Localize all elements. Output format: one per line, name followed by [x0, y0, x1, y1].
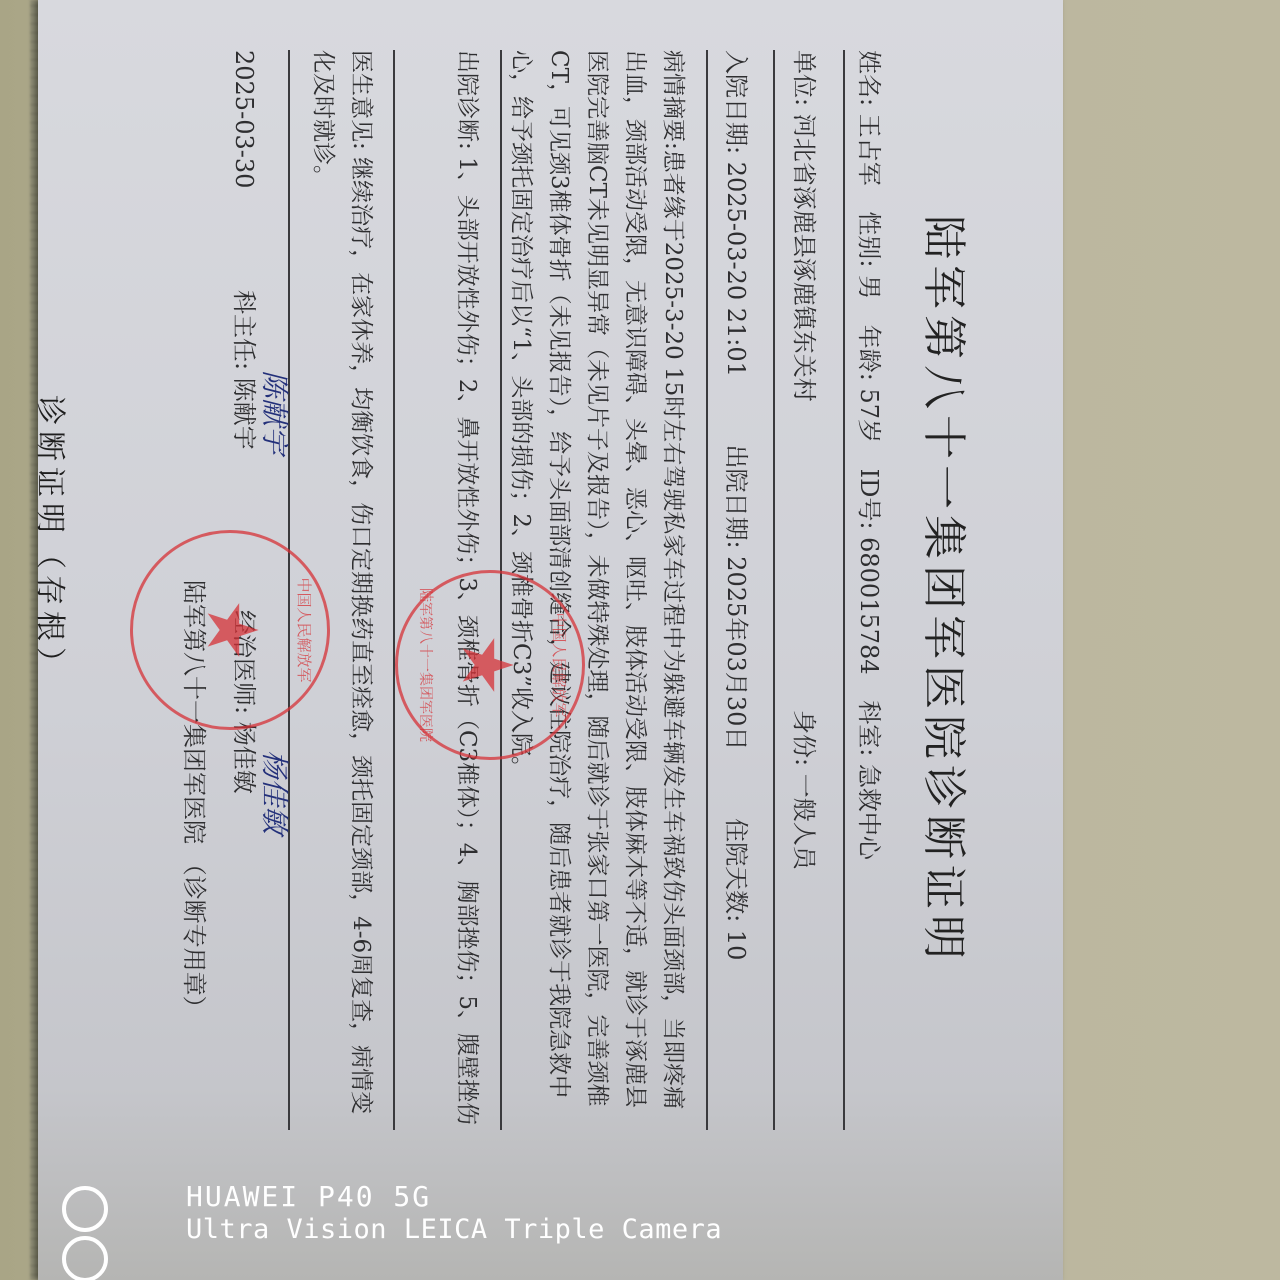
stamp-ring-text: 中国人民解放军: [549, 573, 570, 757]
unit-label: 单位:: [790, 50, 818, 106]
age-field: 年龄: 57岁: [853, 325, 885, 443]
gender-field: 性别: 男: [853, 211, 885, 299]
physician-name: 杨佳敏: [230, 722, 258, 794]
advice-text: 继续治疗，在家休养，均衡饮食，伤口定期换药直至痊愈，颈托固定颈部，4-6周复查，…: [310, 50, 374, 1114]
name-field: 姓名: 王占军: [853, 50, 885, 186]
discharge-field: 出院日期: 2025年03月30日: [720, 445, 752, 751]
stay-value: 10: [722, 930, 750, 961]
admission-field: 入院日期: 2025-03-20 21:01: [720, 50, 752, 377]
divider: [706, 50, 708, 1130]
patient-info-row: 姓名: 王占军 性别: 男 年龄: 57岁 ID号: 680015784 科室:…: [853, 50, 885, 878]
identity-value: 一般人员: [790, 774, 818, 870]
certificate-date: 2025-03-30: [228, 50, 260, 188]
director-field: 科主任: 陈献宇: [228, 290, 260, 450]
admission-label: 入院日期:: [722, 50, 750, 154]
stub-label: 诊断证明（存根）: [31, 395, 75, 683]
watermark-camera: Ultra Vision LEICA Triple Camera: [186, 1214, 722, 1245]
director-name: 陈献宇: [230, 378, 258, 450]
director-label: 科主任:: [230, 290, 258, 370]
id-value: 680015784: [855, 537, 883, 674]
stamp-star-icon: ★: [452, 573, 522, 757]
summary-label: 病情摘要:: [660, 50, 686, 150]
id-field: ID号: 680015784: [853, 469, 885, 675]
summary-text: 患者缘于2025-3-20 15时左右驾驶私家车过程中为躲避车辆发生车祸致伤头面…: [508, 50, 686, 1109]
name-value: 王占军: [855, 114, 883, 186]
physician-signature: 杨佳敏: [258, 750, 290, 834]
unit-field: 单位: 河北省涿鹿县涿鹿镇东关村: [788, 50, 820, 402]
stamp-ring-text: 中国人民解放军: [294, 533, 315, 727]
unit-row: 单位: 河北省涿鹿县涿鹿镇东关村: [788, 50, 820, 420]
camera-lens-icon: [62, 1186, 112, 1280]
advice-label: 医生意见:: [348, 50, 374, 150]
admission-value: 2025-03-20 21:01: [722, 162, 750, 377]
department-value: 急救中心: [855, 764, 883, 860]
divider: [843, 50, 845, 1130]
director-signature: 陈献宇: [258, 370, 290, 454]
gender-label: 性别:: [855, 211, 883, 267]
document-title: 陆军第八十一集团军医院诊断证明: [916, 200, 980, 980]
divider: [393, 50, 395, 1130]
stamp-bottom-text: 陆军第八十一集团军医院: [416, 573, 436, 757]
age-label: 年龄:: [855, 325, 883, 381]
id-label: ID号:: [855, 469, 883, 530]
stay-label: 住院天数:: [722, 818, 750, 922]
age-value: 57岁: [855, 388, 883, 443]
dates-row: 入院日期: 2025-03-20 21:01 出院日期: 2025年03月30日…: [720, 50, 752, 978]
unit-value: 河北省涿鹿县涿鹿镇东关村: [790, 114, 818, 402]
discharge-label: 出院日期:: [722, 445, 750, 549]
watermark-model: HUAWEI P40 5G: [186, 1180, 431, 1213]
divider: [773, 50, 775, 1130]
diagnosis-certificate: 陆军第八十一集团军医院诊断证明 姓名: 王占军 性别: 男 年龄: 57岁 ID…: [80, 50, 980, 1170]
hospital-stamp: 中国人民解放军 ★: [130, 530, 330, 730]
discharge-value: 2025年03月30日: [722, 556, 750, 750]
stamp-star-icon: ★: [197, 533, 267, 727]
department-label: 科室:: [855, 700, 883, 756]
department-field: 科室: 急救中心: [853, 700, 885, 860]
identity-label: 身份:: [790, 710, 818, 766]
gender-value: 男: [855, 275, 883, 299]
identity-field: 身份: 一般人员: [788, 710, 820, 870]
diagnosis-label: 出院诊断:: [454, 50, 480, 150]
name-label: 姓名:: [855, 50, 883, 106]
stay-field: 住院天数: 10: [720, 818, 752, 960]
hospital-stamp: 中国人民解放军 ★ 陆军第八十一集团军医院: [395, 570, 585, 760]
